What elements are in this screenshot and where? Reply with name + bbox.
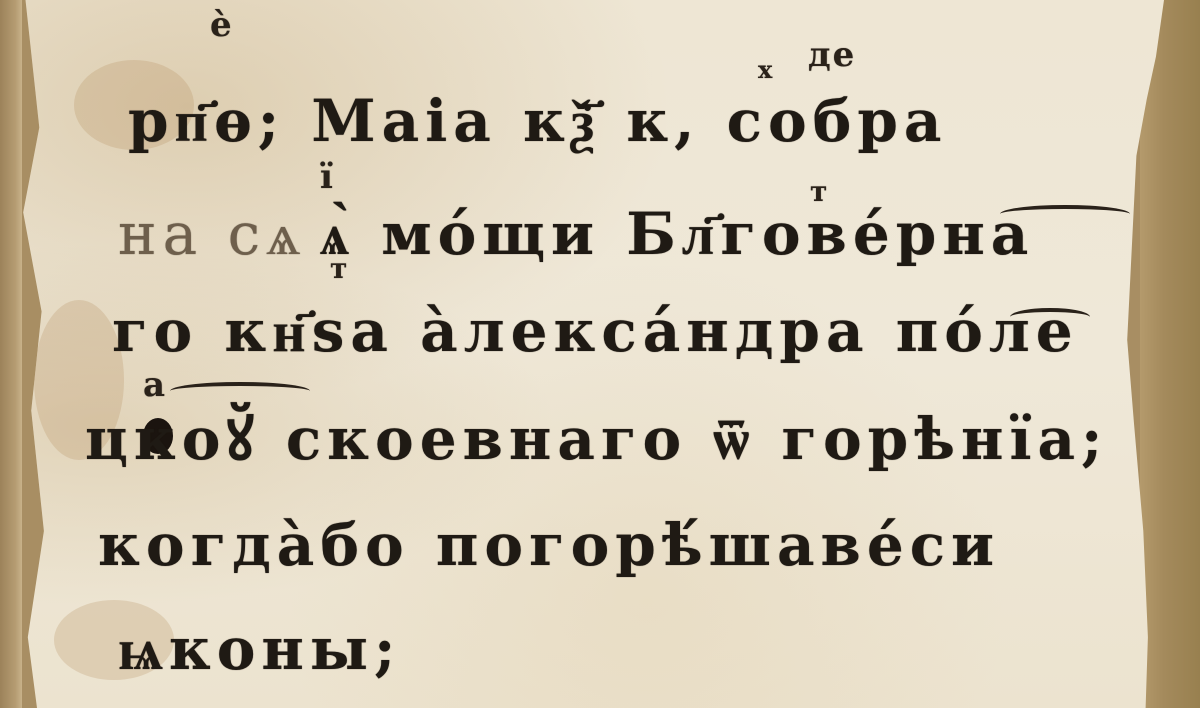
right-parchment-edge	[1140, 0, 1200, 708]
manuscript-line-1: рп҃ѳ; Маіа кѯ҃ к, собра	[128, 92, 947, 150]
manuscript-line-6: ѩконы;	[118, 620, 401, 678]
superscript-mark: де	[808, 38, 856, 72]
superscript-mark: ѐ	[210, 8, 238, 42]
manuscript-line-4: цкоꙋ̆ скоевнаго ѿ горѣнїа;	[85, 410, 1108, 468]
manuscript-line-3: го кн҃ѕа а̀лекса́ндра по́ле	[112, 302, 1079, 360]
manuscript-line-5: когда̀бо погорѣ́шаве́си	[98, 516, 1000, 574]
manuscript-line-2: ѧ̀ мо́щи Бл҃гове́рна	[320, 205, 1034, 263]
left-parchment-edge	[0, 0, 22, 708]
superscript-mark: а	[143, 368, 171, 402]
titlo-stroke	[170, 382, 310, 400]
superscript-mark: х	[758, 58, 778, 82]
manuscript-line-2-faded: на сѧ	[118, 205, 306, 263]
superscript-mark: ї	[320, 160, 339, 194]
